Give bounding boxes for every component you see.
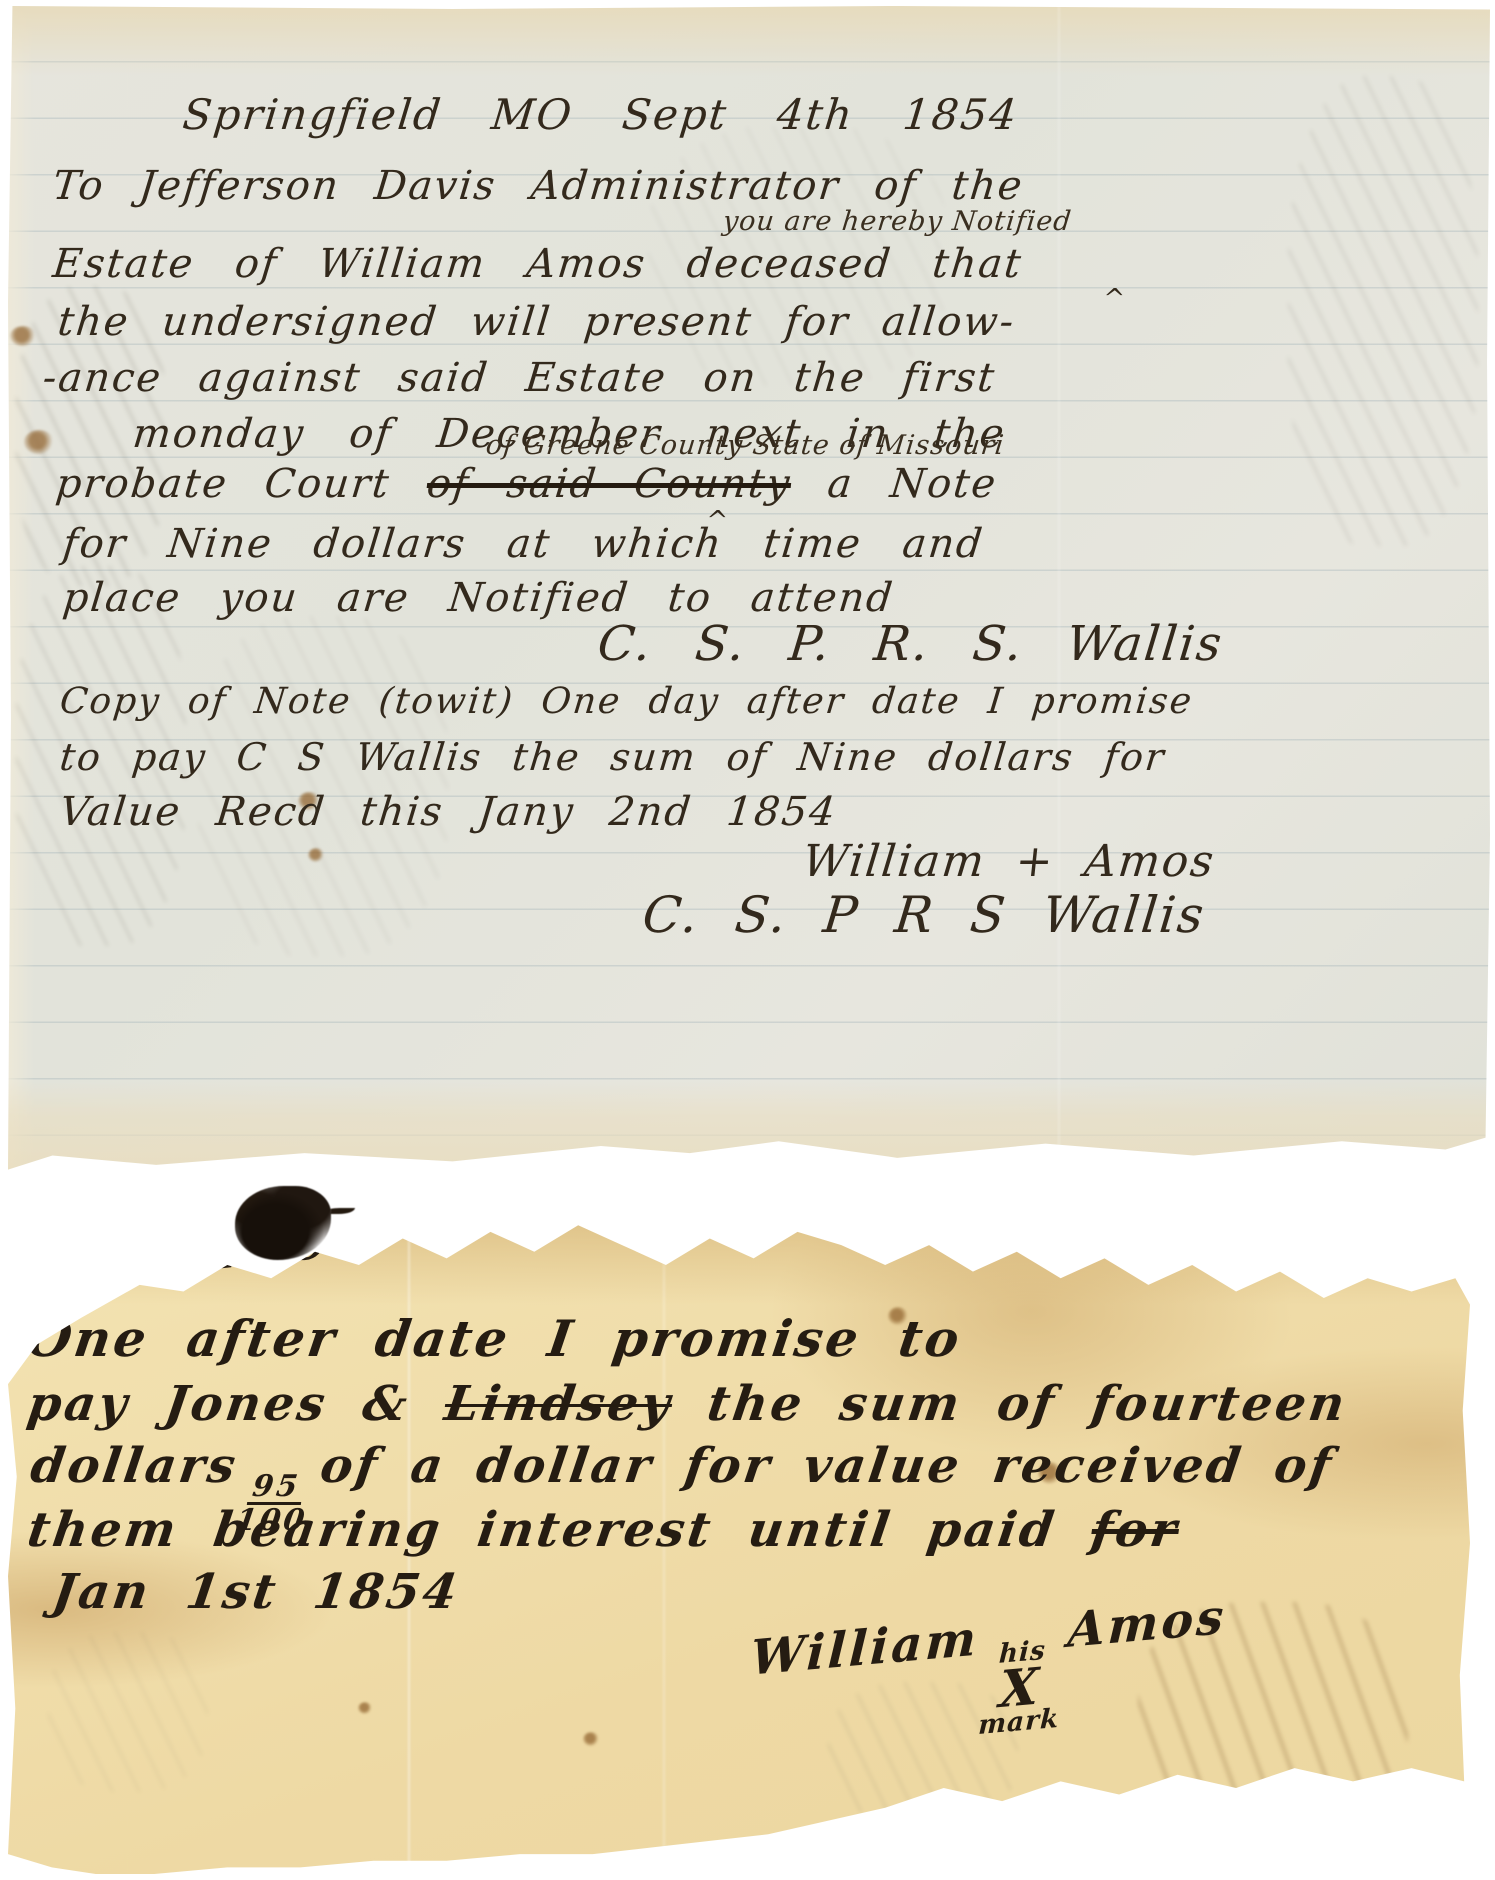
notice-body-line: for Nine dollars at which time and	[61, 524, 986, 564]
note-line: pay Jones & Lindsey the sum of fourteen	[25, 1380, 1351, 1428]
copy-of-note-line: Value Recd this Jany 2nd 1854	[58, 792, 839, 832]
note-line: them bearing interest until paid for	[25, 1506, 1183, 1554]
bleed-through-mark	[48, 1632, 208, 1792]
court-line-post: a Note	[825, 461, 999, 507]
signature-last-name: Amos	[1066, 1589, 1227, 1659]
ink-blot	[235, 1186, 331, 1260]
bleed-through-mark	[198, 616, 448, 956]
fraction-numerator: 95	[247, 1471, 305, 1505]
stain	[24, 430, 54, 454]
court-line-struck-text: of said County	[425, 461, 794, 507]
notice-estate-line: Estate of William Amos deceased that	[51, 244, 1025, 284]
notice-court-line: probate Court of said County a Note	[54, 464, 999, 504]
dollars-line-pre: dollars	[27, 1438, 241, 1494]
court-line-pre: probate Court	[54, 461, 393, 507]
his-mark-stack: hisXmark	[978, 1637, 1064, 1738]
insertion-caret: ^	[1102, 286, 1129, 312]
notice-addressee-line: To Jefferson Davis Administrator of the	[51, 166, 1026, 206]
notice-dateline: Springfield MO Sept 4th 1854	[181, 94, 1020, 136]
notice-body-line: place you are Notified to attend	[61, 578, 896, 618]
notice-inserted-county: of Greene County State of Missouri	[485, 432, 1006, 459]
promissory-note-document: $14.95 One after date I promise to pay J…	[8, 1212, 1470, 1874]
stain	[583, 1732, 599, 1746]
payee-line-struck-text: Lindsey	[441, 1376, 676, 1432]
signature-first-name: William	[749, 1610, 980, 1686]
note-line: One after date I promise to	[24, 1314, 965, 1364]
copy-of-note-line: Copy of Note (towit) One day after date …	[58, 684, 1195, 720]
stain	[358, 1702, 372, 1714]
dollars-line-post: of a dollar for value received of	[317, 1438, 1337, 1494]
scanned-documents-page: { "colors": { "scanner_background": "#ff…	[0, 0, 1495, 1880]
notice-signature-wallis-bottom: C. S. P R S Wallis	[640, 890, 1207, 940]
interest-line-struck-text: for	[1088, 1502, 1183, 1558]
notice-body-line: the undersigned will present for allow-	[56, 302, 1018, 342]
bleed-through-mark	[1288, 76, 1478, 546]
note-date-line: Jan 1st 1854	[50, 1568, 463, 1616]
interest-line-pre: them bearing interest until paid	[24, 1502, 1060, 1558]
stain	[10, 326, 36, 346]
paper-crease	[1058, 6, 1060, 1191]
stain	[308, 848, 324, 862]
mark-label: mark	[978, 1707, 1060, 1738]
notice-signature-wallis: C. S. P. R. S. Wallis	[595, 620, 1225, 668]
payee-line-pre: pay Jones &	[24, 1376, 413, 1432]
copy-of-note-line: to pay C S Wallis the sum of Nine dollar…	[58, 738, 1167, 776]
probate-notice-document: Springfield MO Sept 4th 1854 To Jefferso…	[8, 6, 1490, 1191]
notice-inserted-notified: you are hereby Notified	[722, 208, 1074, 235]
notice-body-line: -ance against said Estate on the first	[41, 358, 998, 398]
payee-line-post: the sum of fourteen	[704, 1376, 1351, 1432]
notice-signature-amos: William + Amos	[801, 840, 1218, 884]
